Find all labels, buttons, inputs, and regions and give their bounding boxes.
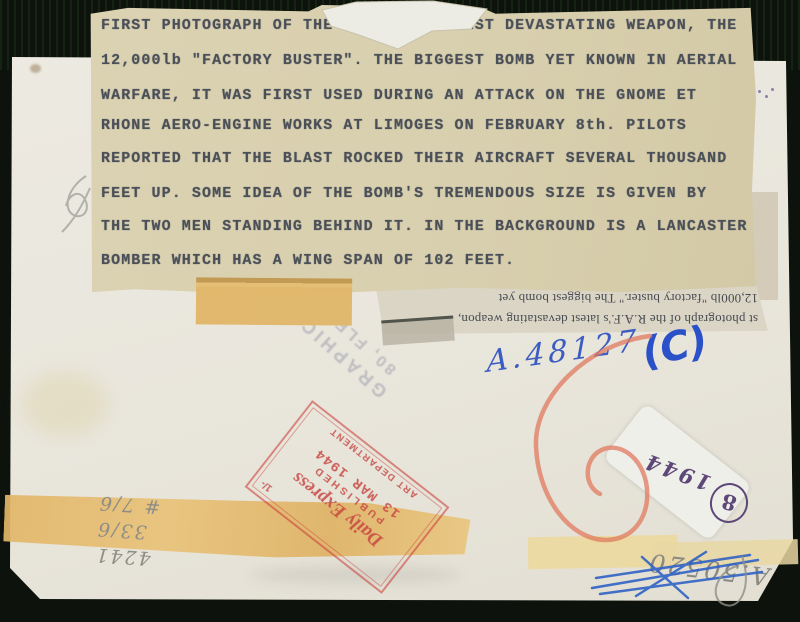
yellow-stain xyxy=(22,372,108,436)
typed-line: 12,000lb "FACTORY BUSTER". THE BIGGEST B… xyxy=(101,52,737,69)
typed-line: THE TWO MEN STANDING BEHIND IT. IN THE B… xyxy=(101,218,748,235)
typed-line: FIRST PHOTOGRAPH OF THE R.A.F.'S LATEST … xyxy=(101,17,737,34)
typed-line: WARFARE, IT WAS FIRST USED DURING AN ATT… xyxy=(101,87,697,104)
handwritten-year: 1944 xyxy=(640,448,715,496)
ink-speck xyxy=(765,95,768,98)
typed-line: REPORTED THAT THE BLAST ROCKED THEIR AIR… xyxy=(101,150,727,167)
stamp-price: 1/- xyxy=(259,478,275,494)
ink-speck xyxy=(771,88,774,91)
typed-caption-label: FIRST PHOTOGRAPH OF THE R.A.F.'S LATEST … xyxy=(88,5,756,295)
ink-speck xyxy=(758,90,761,93)
typed-line: FEET UP. SOME IDEA OF THE BOMB'S TREMEND… xyxy=(101,185,707,202)
brown-stain xyxy=(30,64,41,73)
printed-line: 12,000lb "factory buster." The biggest b… xyxy=(386,288,758,309)
typed-line: RHONE AERO-ENGINE WORKS AT LIMOGES ON FE… xyxy=(101,117,687,134)
photo-back-scan: st photograph of the R.A.F.'s latest dev… xyxy=(0,0,800,622)
typed-line: BOMBER WHICH HAS A WING SPAN OF 102 FEET… xyxy=(101,252,515,269)
tape-strip-top xyxy=(196,277,352,325)
torn-edge-shadow xyxy=(381,316,455,346)
pencil-notes: 4241 33/6 # 7/6 xyxy=(93,489,230,576)
